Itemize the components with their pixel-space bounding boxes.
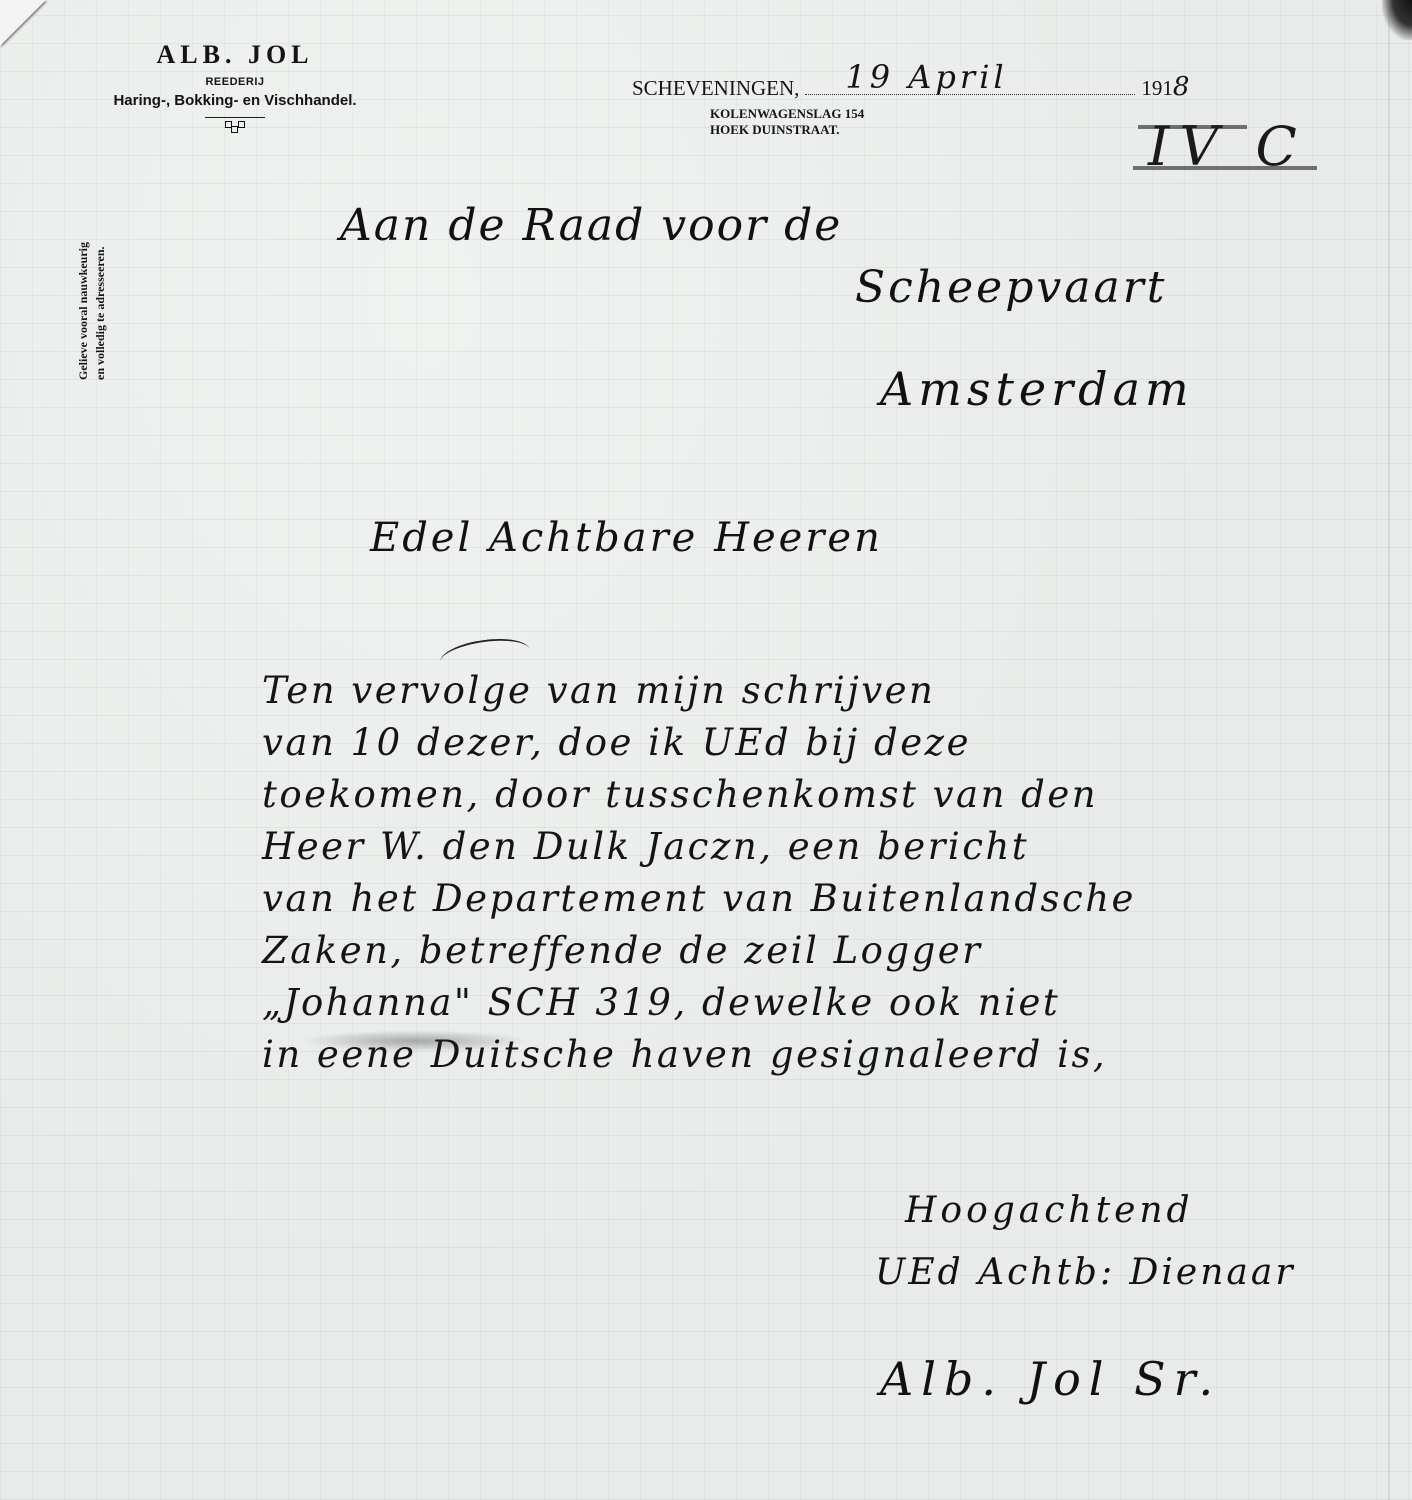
date-field: 19 April [805, 80, 1135, 95]
body-line: van het Departement van Buitenlandsche [262, 873, 1372, 925]
body-line: Zaken, betreffende de zeil Logger [262, 925, 1372, 977]
letter-body: Ten vervolge van mijn schrijven van 10 d… [262, 665, 1372, 1081]
company-type: REEDERIJ [70, 76, 400, 88]
year-handwritten: 8 [1173, 72, 1190, 102]
body-line: Heer W. den Dulk Jaczn, een bericht [262, 821, 1372, 873]
body-line: van 10 dezer, doe ik UEd bij deze [262, 717, 1372, 769]
ornament-icon [205, 117, 265, 132]
salutation: Edel Achtbare Heeren [370, 515, 883, 561]
body-line: Ten vervolge van mijn schrijven [262, 665, 1372, 717]
handwritten-date: 19 April [845, 58, 1007, 96]
body-line: toekomen, door tusschenkomst van den [262, 769, 1372, 821]
year-prefix: 191 [1141, 76, 1173, 100]
recipient-line-1: Aan de Raad voor de [340, 200, 842, 251]
company-name: ALB. JOL [70, 40, 400, 70]
paper-edge [1388, 0, 1390, 1500]
letterhead-address: KOLENWAGENSLAG 154 HOEK DUINSTRAAT. [710, 106, 864, 138]
place-name: SCHEVENINGEN, [632, 76, 799, 100]
closing-line-1: Hoogachtend [905, 1190, 1194, 1231]
place-date-line: SCHEVENINGEN,19 April1918 [632, 72, 1189, 102]
signature: Alb. Jol Sr. [880, 1352, 1221, 1406]
recipient-line-2: Scheepvaart [855, 262, 1167, 313]
address-line-1: KOLENWAGENSLAG 154 [710, 106, 864, 122]
address-line-2: HOEK DUINSTRAAT. [710, 122, 864, 138]
side-note-line-1: Gelieve vooral nauwkeurig [75, 190, 92, 380]
letterhead-company: ALB. JOL REEDERIJ Haring-, Bokking- en V… [70, 40, 400, 132]
letter-page: ALB. JOL REEDERIJ Haring-, Bokking- en V… [0, 0, 1412, 1500]
side-note: Gelieve vooral nauwkeurig en volledig te… [75, 190, 109, 380]
recipient-line-3: Amsterdam [880, 362, 1194, 416]
archive-mark: IV C [1148, 115, 1307, 178]
folded-corner [0, 0, 46, 46]
company-trade: Haring-, Bokking- en Vischhandel. [70, 92, 400, 109]
closing-line-2: UEd Achtb: Dienaar [875, 1252, 1296, 1293]
side-note-line-2: en volledig te adresseeren. [92, 190, 109, 380]
body-line: „Johanna" SCH 319, dewelke ook niet [262, 977, 1372, 1029]
ink-smudge [300, 1030, 530, 1052]
scan-edge-shadow [1382, 0, 1412, 40]
